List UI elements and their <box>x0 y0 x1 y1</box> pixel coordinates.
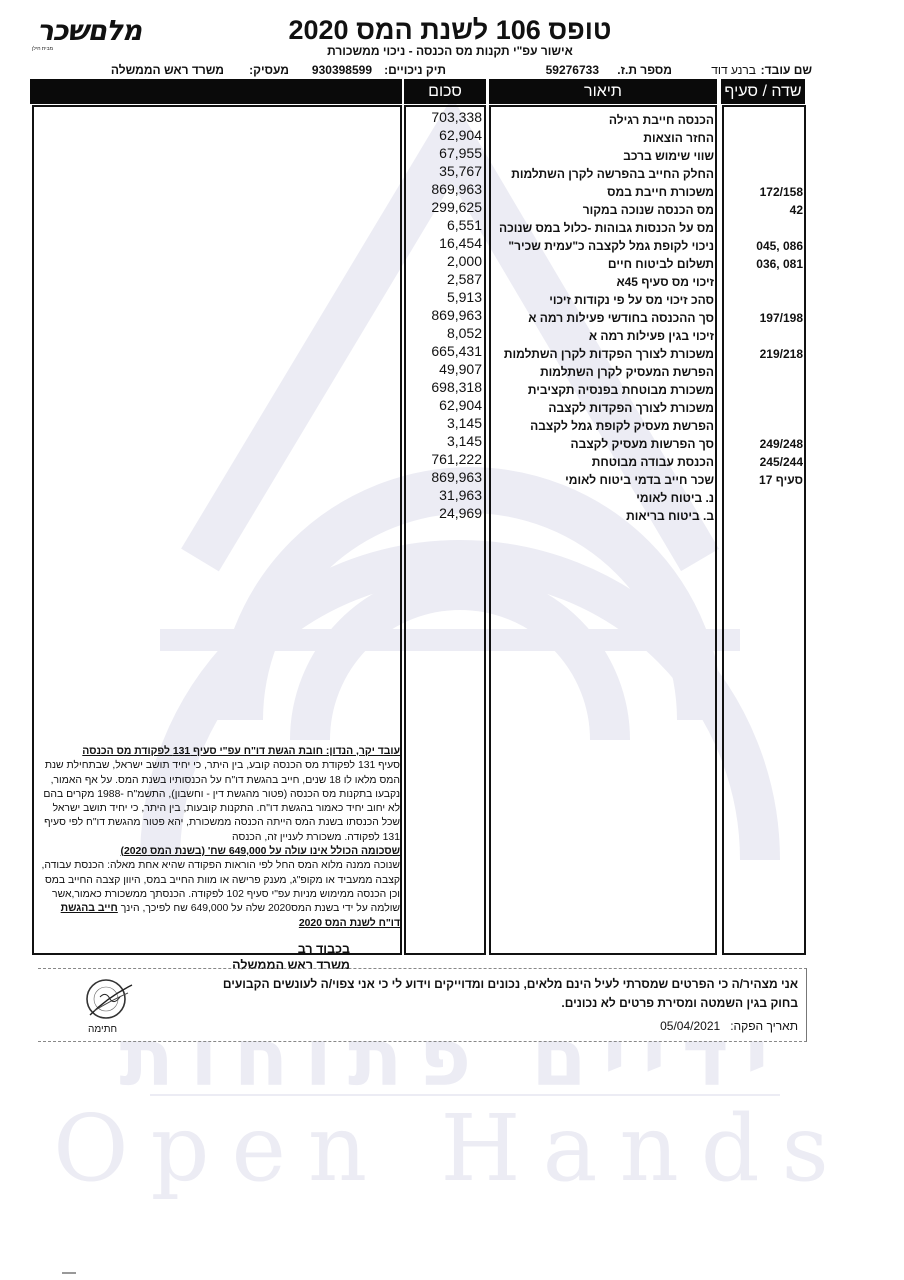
signature-label: חתימה <box>88 1024 117 1035</box>
field-cell <box>725 165 803 183</box>
amount-cell: 67,955 <box>408 144 482 162</box>
description-cell: נ. ביטוח לאומי <box>490 489 714 507</box>
column-header-description: תיאור <box>489 79 717 104</box>
description-cell: זיכוי מס סעיף 45א <box>490 273 714 291</box>
deductions-file-number: 930398599 <box>312 63 372 77</box>
amount-cell: 16,454 <box>408 234 482 252</box>
field-cell: 249/248 <box>725 435 803 453</box>
description-cell: הפרשת המעסיק לקרן השתלמות <box>490 363 714 381</box>
amount-cell: 62,904 <box>408 126 482 144</box>
declaration-text: אני מצהיר/ה כי הפרטים שמסרתי לעיל הינם מ… <box>223 975 798 1013</box>
description-cell: ב. ביטוח בריאות <box>490 507 714 525</box>
notice-heading: עובד יקר, הנדון: חובת הגשת דו"ח עפ"י סעי… <box>38 745 400 759</box>
field-cell <box>725 273 803 291</box>
description-cell: החלק החייב בהפרשה לקרן השתלמות <box>490 165 714 183</box>
employer-label: מעסיק: <box>249 63 289 77</box>
field-cell: סעיף 17 <box>725 471 803 489</box>
description-cell: מס על הכנסות גבוהות -כלול במס שנוכה <box>490 219 714 237</box>
notice-paragraph-1: סעיף 131 לפקודת מס הכנסה קובע, בין היתר,… <box>38 759 400 845</box>
issue-date: תאריך הפקה: 05/04/2021 <box>660 1019 798 1033</box>
amount-list: 703,33862,90467,95535,767869,963299,6256… <box>408 108 482 522</box>
amount-cell: 62,904 <box>408 396 482 414</box>
company-logo: מלםשכר מבית חילן <box>28 16 150 52</box>
field-cell <box>725 381 803 399</box>
declaration-line-1: אני מצהיר/ה כי הפרטים שמסרתי לעיל הינם מ… <box>223 975 798 994</box>
description-cell: תשלום לביטוח חיים <box>490 255 714 273</box>
declaration-box: אני מצהיר/ה כי הפרטים שמסרתי לעיל הינם מ… <box>38 968 807 1042</box>
description-cell: ניכוי לקופת גמל לקצבה כ"עמית שכיר" <box>490 237 714 255</box>
description-cell: משכורת מבוטחת בפנסיה תקציבית <box>490 381 714 399</box>
field-cell: 172/158 <box>725 183 803 201</box>
description-cell: החזר הוצאות <box>490 129 714 147</box>
field-cell <box>725 129 803 147</box>
description-cell: משכורת לצורך הפקדות לקצבה <box>490 399 714 417</box>
field-cell <box>725 327 803 345</box>
deductions-file-label: תיק ניכויים: <box>384 63 446 77</box>
field-cell <box>725 489 803 507</box>
field-cell <box>725 147 803 165</box>
field-cell <box>725 399 803 417</box>
amount-cell: 5,913 <box>408 288 482 306</box>
description-cell: משכורת לצורך הפקדות לקרן השתלמות <box>490 345 714 363</box>
issue-date-label: תאריך הפקה: <box>730 1019 798 1033</box>
description-list: הכנסה חייבת רגילההחזר הוצאותשווי שימוש ב… <box>490 111 714 525</box>
amount-cell: 299,625 <box>408 198 482 216</box>
employer-name: משרד ראש הממשלה <box>111 63 224 77</box>
amount-cell: 869,963 <box>408 306 482 324</box>
description-cell: משכורת חייבת במס <box>490 183 714 201</box>
column-header-amount: סכום <box>404 79 486 104</box>
field-cell: 245/244 <box>725 453 803 471</box>
amount-cell: 35,767 <box>408 162 482 180</box>
description-cell: זיכוי בגין פעילות רמה א <box>490 327 714 345</box>
field-cell: 081 ,036 <box>725 255 803 273</box>
amount-cell: 698,318 <box>408 378 482 396</box>
amount-cell: 8,052 <box>408 324 482 342</box>
filing-notice: עובד יקר, הנדון: חובת הגשת דו"ח עפ"י סעי… <box>38 745 400 973</box>
field-cell <box>725 291 803 309</box>
amount-cell: 703,338 <box>408 108 482 126</box>
employee-name: ברנע דוד <box>711 63 756 77</box>
description-cell: הכנסת עבודה מבוטחת <box>490 453 714 471</box>
amount-cell: 49,907 <box>408 360 482 378</box>
signature-stamp-icon <box>80 975 136 1023</box>
id-number: 59276733 <box>546 63 599 77</box>
field-cell: 197/198 <box>725 309 803 327</box>
field-cell: 42 <box>725 201 803 219</box>
amount-cell: 2,000 <box>408 252 482 270</box>
field-cell <box>725 507 803 525</box>
form-title: טופס 106 לשנת המס 2020 <box>240 14 660 46</box>
notice-closing: בכבוד רב <box>38 941 350 957</box>
amount-cell: 869,963 <box>408 468 482 486</box>
amount-cell: 6,551 <box>408 216 482 234</box>
page-mark <box>62 1272 76 1274</box>
amount-cell: 3,145 <box>408 432 482 450</box>
amount-cell: 2,587 <box>408 270 482 288</box>
employee-name-label: שם עובד: <box>761 63 812 77</box>
description-cell: הפרשת מעסיק לקופת גמל לקצבה <box>490 417 714 435</box>
column-header-field: שדה / סעיף <box>721 79 805 104</box>
id-label: מספר ת.ז. <box>617 63 672 77</box>
amount-cell: 665,431 <box>408 342 482 360</box>
field-cell: 086 ,045 <box>725 237 803 255</box>
logo-mark: מלםשכר <box>28 16 150 46</box>
form-subtitle: אישור עפ"י תקנות מס הכנסה - ניכוי ממשכור… <box>240 44 660 58</box>
description-cell: מס הכנסה שנוכה במקור <box>490 201 714 219</box>
header-blank <box>30 79 402 104</box>
field-cell: 219/218 <box>725 345 803 363</box>
amount-cell: 869,963 <box>408 180 482 198</box>
declaration-line-2: בחוק בגין השמטה ומסירת פרטים לא נכונים. <box>223 994 798 1013</box>
amount-cell: 761,222 <box>408 450 482 468</box>
amount-cell: 31,963 <box>408 486 482 504</box>
description-cell: סך ההכנסה בחודשי פעילות רמה א <box>490 309 714 327</box>
notice-subheading: שסכומה הכולל אינו עולה על 649,000 שח' (ב… <box>38 845 400 859</box>
description-cell: סהכ זיכוי מס על פי נקודות זיכוי <box>490 291 714 309</box>
amount-cell: 24,969 <box>408 504 482 522</box>
field-cell <box>725 111 803 129</box>
description-cell: שכר חייב בדמי ביטוח לאומי <box>490 471 714 489</box>
field-cell <box>725 417 803 435</box>
field-cell <box>725 219 803 237</box>
issue-date-value: 05/04/2021 <box>660 1019 720 1033</box>
amount-cell: 3,145 <box>408 414 482 432</box>
notice-paragraph-2: שנוכה ממנה מלוא המס החל לפי הוראות הפקוד… <box>38 859 400 930</box>
field-list: 172/15842086 ,045081 ,036197/198219/2182… <box>725 111 803 525</box>
field-cell <box>725 363 803 381</box>
description-cell: סך הפרשות מעסיק לקצבה <box>490 435 714 453</box>
description-cell: הכנסה חייבת רגילה <box>490 111 714 129</box>
description-cell: שווי שימוש ברכב <box>490 147 714 165</box>
